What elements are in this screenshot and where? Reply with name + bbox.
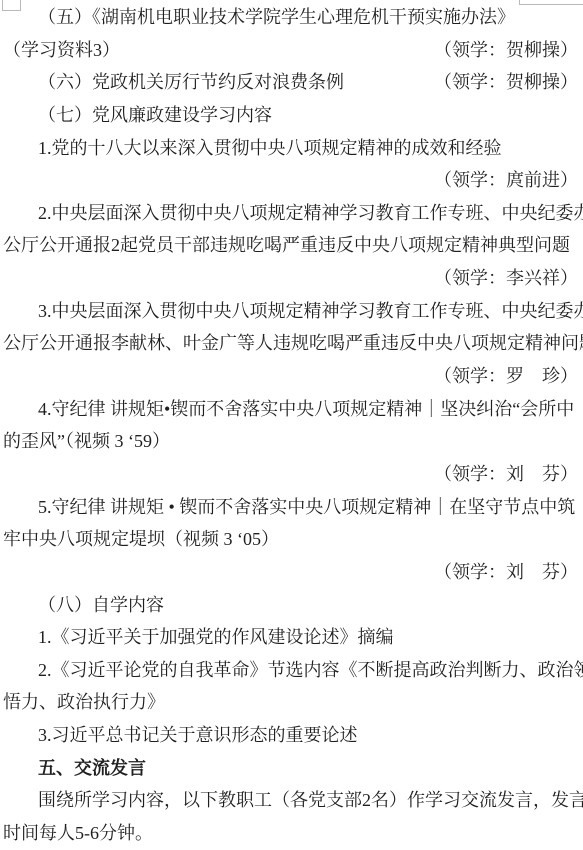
doc-line-topic-2: 2.中央层面深入贯彻中央八项规定精神学习教育工作专班、中央纪委办	[3, 197, 578, 230]
lead-reader-label: （领学：贺柳操）	[434, 34, 578, 67]
doc-line-topic-4-continuation: 的歪风”（视频 3 ‘59）	[3, 425, 578, 458]
line-text: 2.中央层面深入贯彻中央八项规定精神学习教育工作专班、中央纪委办	[38, 203, 583, 223]
doc-line-lead-reader: （领学：罗 珍）	[3, 360, 578, 393]
doc-line-lead-reader: （领学：刘 芬）	[3, 458, 578, 491]
doc-line-item-7: （七）党风廉政建设学习内容	[3, 99, 578, 132]
doc-line-item-6: （六）党政机关厉行节约反对浪费条例 （领学：贺柳操）	[3, 66, 578, 99]
lead-reader-label: （领学：罗 珍）	[434, 366, 578, 386]
doc-line-item-8: （八）自学内容	[3, 589, 578, 622]
doc-line-selfstudy-2-continuation: 悟力、政治执行力》	[3, 686, 578, 719]
line-text: 时间每人5-6分钟。	[3, 823, 153, 843]
doc-line-item-5-title: （五）《湖南机电职业技术学院学生心理危机干预实施办法》	[3, 1, 578, 34]
line-text: 公厅公开通报2起党员干部违规吃喝严重违反中央八项规定精神典型问题	[3, 235, 570, 255]
doc-line-exchange-speech-continuation: 时间每人5-6分钟。	[3, 817, 578, 850]
doc-line-topic-1: 1.党的十八大以来深入贯彻中央八项规定精神的成效和经验	[3, 132, 578, 165]
line-text: 的歪风”（视频 3 ‘59）	[3, 431, 170, 451]
line-text: 五、交流发言	[38, 758, 146, 778]
lead-reader-label: （领学：刘 芬）	[434, 562, 578, 582]
line-text: （八）自学内容	[38, 595, 164, 615]
doc-line-selfstudy-1: 1.《习近平关于加强党的作风建设论述》摘编	[3, 621, 578, 654]
doc-line-item-5-continuation: （学习资料3） （领学：贺柳操）	[3, 34, 578, 67]
line-text: 围绕所学习内容，以下教职工（各党支部2名）作学习交流发言，发言	[38, 790, 583, 810]
doc-line-lead-reader: （领学：李兴祥）	[3, 262, 578, 295]
lead-reader-label: （领学：刘 芬）	[434, 464, 578, 484]
doc-line-topic-3: 3.中央层面深入贯彻中央八项规定精神学习教育工作专班、中央纪委办	[3, 295, 578, 328]
section-heading-5: 五、交流发言	[3, 752, 578, 785]
lead-reader-label: （领学：李兴祥）	[434, 268, 578, 288]
document-body: （五）《湖南机电职业技术学院学生心理危机干预实施办法》 （学习资料3） （领学：…	[3, 1, 578, 850]
doc-line-topic-3-continuation: 公厅公开通报李献林、叶金广等人违规吃喝严重违反中央八项规定精神问题	[3, 327, 578, 360]
doc-line-selfstudy-2: 2.《习近平论党的自我革命》节选内容《不断提高政治判断力、政治领	[3, 654, 578, 687]
line-text: （五）《湖南机电职业技术学院学生心理危机干预实施办法》	[38, 7, 515, 27]
doc-line-selfstudy-3: 3.习近平总书记关于意识形态的重要论述	[3, 719, 578, 752]
line-text: 5.守纪律 讲规矩 • 锲而不舍落实中央八项规定精神｜在坚守节点中筑	[38, 497, 575, 517]
doc-line-topic-5: 5.守纪律 讲规矩 • 锲而不舍落实中央八项规定精神｜在坚守节点中筑	[3, 491, 578, 524]
lead-reader-label: （领学：贺柳操）	[434, 66, 578, 99]
line-text: 4.守纪律 讲规矩•锲而不舍落实中央八项规定精神｜坚决纠治“会所中	[38, 399, 574, 419]
line-text: 牢中央八项规定堤坝（视频 3 ‘05）	[3, 529, 279, 549]
line-text: 2.《习近平论党的自我革命》节选内容《不断提高政治判断力、政治领	[38, 660, 583, 680]
doc-line-topic-2-continuation: 公厅公开通报2起党员干部违规吃喝严重违反中央八项规定精神典型问题	[3, 229, 578, 262]
line-text: （学习资料3）	[3, 34, 120, 67]
line-text: （七）党风廉政建设学习内容	[38, 105, 272, 125]
line-text: 悟力、政治执行力》	[3, 692, 165, 712]
line-text: 1.《习近平关于加强党的作风建设论述》摘编	[38, 627, 394, 647]
doc-line-topic-5-continuation: 牢中央八项规定堤坝（视频 3 ‘05）	[3, 523, 578, 556]
document-page: （五）《湖南机电职业技术学院学生心理危机干预实施办法》 （学习资料3） （领学：…	[0, 0, 583, 850]
line-text: 3.中央层面深入贯彻中央八项规定精神学习教育工作专班、中央纪委办	[38, 301, 583, 321]
line-text: 1.党的十八大以来深入贯彻中央八项规定精神的成效和经验	[38, 138, 502, 158]
lead-reader-label: （领学：庹前进）	[434, 170, 578, 190]
doc-line-exchange-speech: 围绕所学习内容，以下教职工（各党支部2名）作学习交流发言，发言	[3, 784, 578, 817]
line-text: （六）党政机关厉行节约反对浪费条例	[3, 66, 344, 99]
line-text: 公厅公开通报李献林、叶金广等人违规吃喝严重违反中央八项规定精神问题	[3, 333, 583, 353]
doc-line-lead-reader: （领学：庹前进）	[3, 164, 578, 197]
doc-line-topic-4: 4.守纪律 讲规矩•锲而不舍落实中央八项规定精神｜坚决纠治“会所中	[3, 393, 578, 426]
line-text: 3.习近平总书记关于意识形态的重要论述	[38, 725, 358, 745]
doc-line-lead-reader: （领学：刘 芬）	[3, 556, 578, 589]
